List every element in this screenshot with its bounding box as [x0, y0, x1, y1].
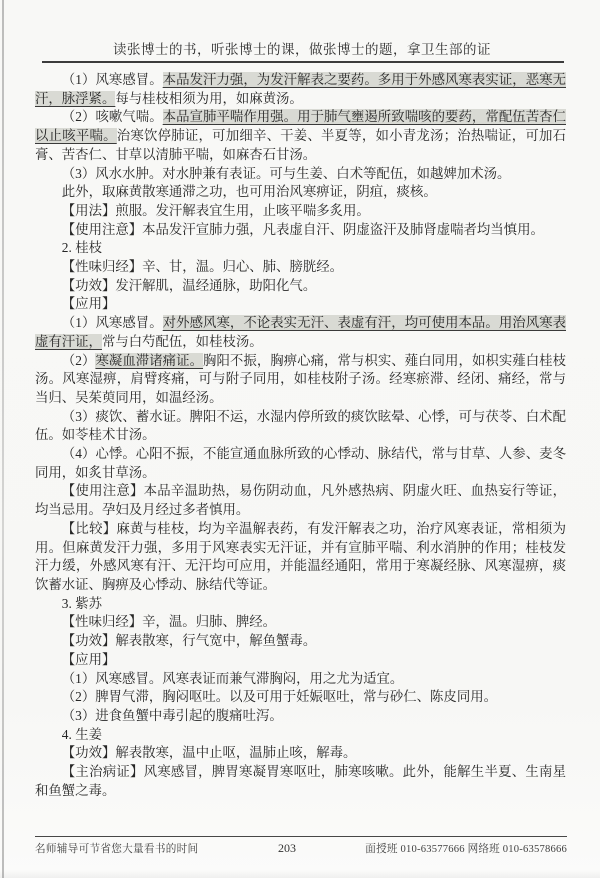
scanned-page: 读张博士的书，听张博士的课，做张博士的题，拿卫生部的证 （1）风寒感冒。本品发汗…: [0, 0, 600, 878]
body-paragraph: （2）咳嗽气喘。本品宣肺平喘作用强。用于肺气壅遏所致喘咳的要药，常配伍苦杏仁以止…: [35, 108, 566, 164]
body-paragraph: （3）进食鱼蟹中毒引起的腹痛吐泻。: [35, 707, 566, 726]
text-segment: 4. 生姜: [62, 727, 102, 742]
text-segment: 【性味归经】辛，温。归肺、脾经。: [62, 614, 276, 629]
body-paragraph: 2. 桂枝: [35, 239, 566, 258]
body-paragraph: 【性味归经】辛、甘，温。归心、肺、膀胱经。: [35, 258, 566, 277]
body-paragraph: 【应用】: [35, 295, 566, 314]
text-segment: 【比较】麻黄与桂枝，均为辛温解表药，有发汗解表之功，治疗风寒表证，常相须为用。但…: [35, 521, 566, 592]
body-paragraph: （4）心悸。心阳不振，不能宣通血脉所致的心悸动、脉结代，常与甘草、人参、麦冬同用…: [35, 445, 566, 482]
body-paragraph: （1）风寒感冒。本品发汗力强，为发汗解表之要药。多用于外感风寒表实证，恶寒无汗，…: [35, 71, 566, 108]
body-paragraph: 【应用】: [35, 651, 566, 670]
body-paragraph: 【功效】发汗解肌，温经通脉，助阳化气。: [35, 277, 566, 296]
text-segment: 【使用注意】本品辛温助热，易伤阴动血，凡外感热病、阴虚火旺、血热妄行等证，均当忌…: [35, 483, 566, 517]
text-segment: 每与桂枝相须为用，如麻黄汤。: [115, 91, 302, 106]
text-segment: （3）痰饮、蓄水证。脾阳不运，水湿内停所致的痰饮眩晕、心悸，可与茯苓、白术配伍。…: [35, 409, 566, 443]
text-segment: 【功效】解表散寒，行气宽中，解鱼蟹毒。: [62, 633, 316, 648]
text-segment: 【功效】解表散寒，温中止呕，温肺止咳，解毒。: [62, 745, 357, 760]
footer-rule: [35, 836, 567, 837]
text-segment: 【主治病证】风寒感冒，脾胃寒凝胃寒呕吐，肺寒咳嗽。此外，能解生半夏、生南星和鱼蟹…: [35, 764, 566, 798]
body-paragraph: 【使用注意】本品辛温助热，易伤阴动血，凡外感热病、阴虚火旺、血热妄行等证，均当忌…: [35, 482, 566, 519]
text-segment: （2）: [62, 353, 96, 368]
text-segment: （1）风寒感冒。风寒表证而兼气滞胸闷，用之尤为适宜。: [62, 671, 403, 686]
footer-contact: 面授班 010-63577666 网络班 010-63578666: [310, 841, 567, 856]
body-paragraph: （2）寒凝血滞诸痛证。胸阳不振，胸痹心痛，常与枳实、薤白同用，如枳实薤白桂枝汤。…: [35, 352, 566, 408]
body-paragraph: 3. 紫苏: [35, 595, 566, 614]
body-paragraph: 【性味归经】辛，温。归肺、脾经。: [35, 613, 566, 632]
body-paragraph: 【功效】解表散寒，行气宽中，解鱼蟹毒。: [35, 632, 566, 651]
highlighted-text: 寒凝血滞诸痛证。: [95, 353, 203, 368]
header-rule: [42, 61, 564, 63]
body-paragraph: （2）脾胃气滞，胸闷呕吐。以及可用于妊娠呕吐，常与砂仁、陈皮同用。: [35, 688, 566, 707]
body-paragraph: （3）痰饮、蓄水证。脾阳不运，水湿内停所致的痰饮眩晕、心悸，可与茯苓、白术配伍。…: [35, 408, 566, 445]
page-footer: 名师辅导可节省您大量看书的时间 203 面授班 010-63577666 网络班…: [35, 841, 567, 856]
text-segment: 【功效】发汗解肌，温经通脉，助阳化气。: [62, 278, 316, 293]
text-segment: 【性味归经】辛、甘，温。归心、肺、膀胱经。: [62, 259, 343, 274]
text-segment: 3. 紫苏: [62, 596, 102, 611]
body-paragraph: 【主治病证】风寒感冒，脾胃寒凝胃寒呕吐，肺寒咳嗽。此外，能解生半夏、生南星和鱼蟹…: [35, 763, 566, 800]
text-segment: （1）风寒感冒。: [62, 72, 163, 87]
body-paragraph: （1）风寒感冒。对外感风寒，不论表实无汗、表虚有汗，均可使用本品。用治风寒表虚有…: [35, 314, 566, 351]
text-segment: 【用法】煎服。发汗解表宜生用，止咳平喘多炙用。: [62, 203, 370, 218]
body-paragraph: （3）风水水肿。对水肿兼有表证。可与生姜、白术等配伍，如越婢加术汤。: [35, 165, 566, 184]
body-paragraph: 此外，取麻黄散寒通滞之功，也可用治风寒痹证，阴疽，痰核。: [35, 183, 566, 202]
text-segment: （2）脾胃气滞，胸闷呕吐。以及可用于妊娠呕吐，常与砂仁、陈皮同用。: [62, 689, 497, 704]
text-segment: （3）风水水肿。对水肿兼有表证。可与生姜、白术等配伍，如越婢加术汤。: [62, 166, 511, 181]
text-segment: （4）心悸。心阳不振，不能宣通血脉所致的心悸动、脉结代，常与甘草、人参、麦冬同用…: [35, 446, 566, 480]
body-paragraph: （1）风寒感冒。风寒表证而兼气滞胸闷，用之尤为适宜。: [35, 670, 566, 689]
body-paragraph: 【功效】解表散寒，温中止呕，温肺止咳，解毒。: [35, 744, 566, 763]
scan-bottom-shade: [0, 870, 600, 878]
body-paragraph: 4. 生姜: [35, 726, 566, 745]
text-segment: 2. 桂枝: [62, 240, 102, 255]
text-segment: 【应用】: [62, 652, 116, 667]
footer-slogan: 名师辅导可节省您大量看书的时间: [35, 841, 292, 856]
text-segment: 此外，取麻黄散寒通滞之功，也可用治风寒痹证，阴疽，痰核。: [62, 184, 437, 199]
body-paragraph: 【比较】麻黄与桂枝，均为辛温解表药，有发汗解表之功，治疗风寒表证，常相须为用。但…: [35, 520, 566, 595]
text-segment: （3）进食鱼蟹中毒引起的腹痛吐泻。: [62, 708, 283, 723]
scan-edge-line: [2, 0, 4, 878]
text-segment: （2）咳嗽气喘。: [62, 109, 163, 124]
text-segment: （1）风寒感冒。: [62, 315, 163, 330]
page-number: 203: [278, 841, 296, 856]
text-segment: 常与白芍配伍，如桂枝汤。: [102, 334, 263, 349]
text-segment: 【应用】: [62, 296, 116, 311]
text-segment: 【使用注意】本品发汗宣肺力强，凡表虚自汗、阴虚盗汗及肺肾虚喘者均当慎用。: [62, 222, 544, 237]
body-paragraph: 【使用注意】本品发汗宣肺力强，凡表虚自汗、阴虚盗汗及肺肾虚喘者均当慎用。: [35, 221, 566, 240]
body-content: （1）风寒感冒。本品发汗力强，为发汗解表之要药。多用于外感风寒表实证，恶寒无汗，…: [35, 71, 566, 800]
page-header-slogan: 读张博士的书，听张博士的课，做张博士的题，拿卫生部的证: [42, 38, 562, 58]
body-paragraph: 【用法】煎服。发汗解表宜生用，止咳平喘多炙用。: [35, 202, 566, 221]
